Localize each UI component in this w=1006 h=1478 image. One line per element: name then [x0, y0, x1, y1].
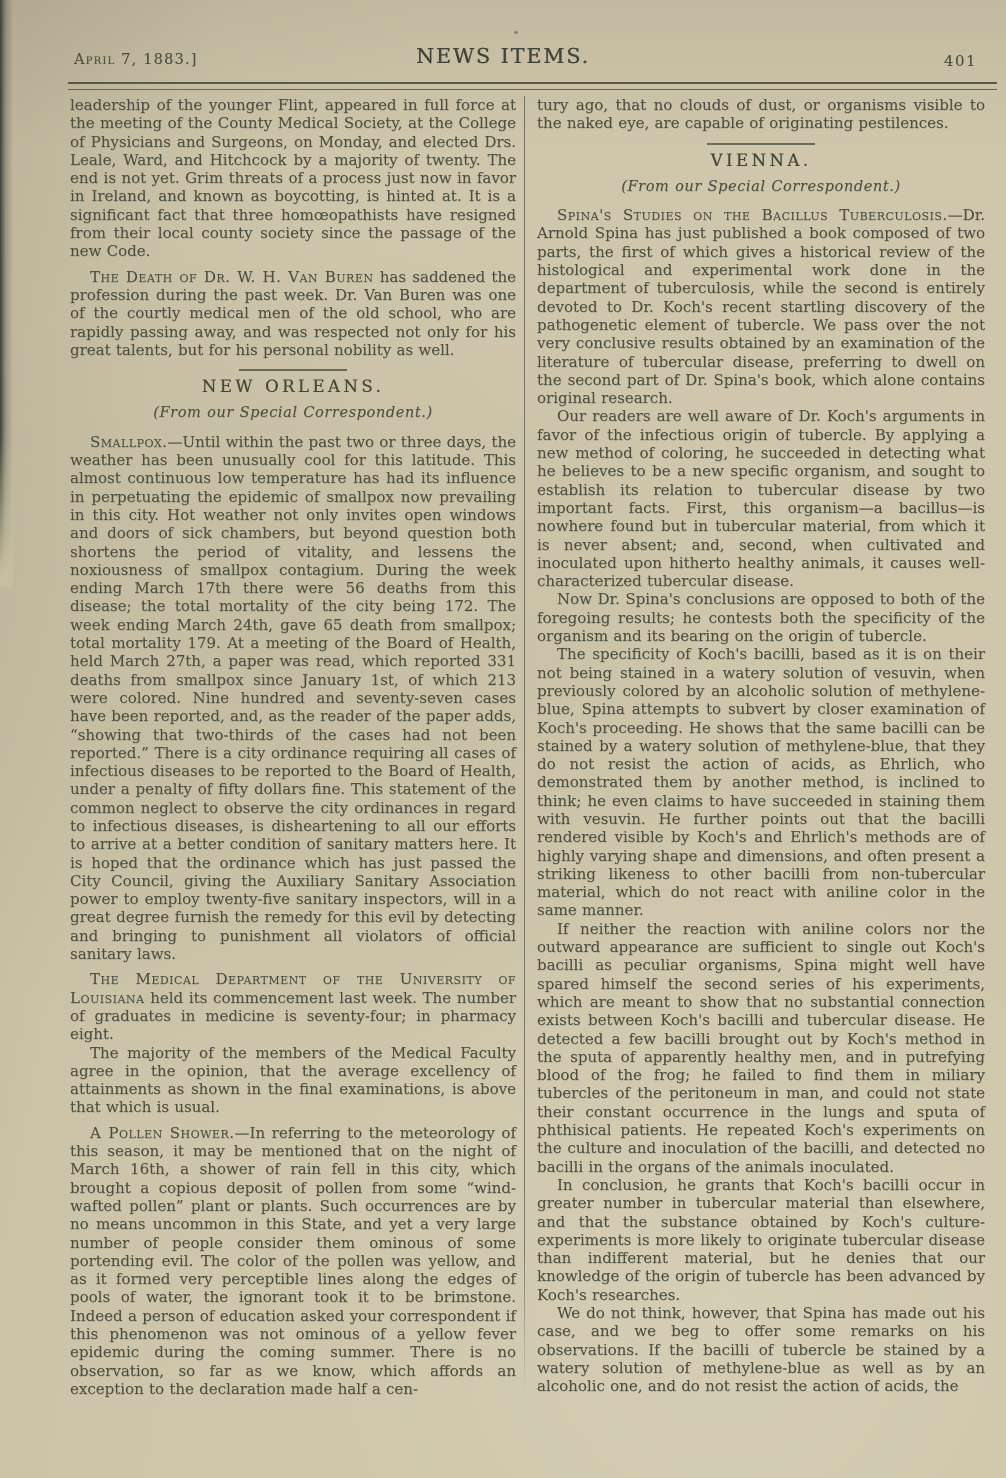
specificity-paragraph: The specificity of Koch's bacilli, based… [537, 645, 985, 919]
continued-article-paragraph: leadership of the younger Flint, appeare… [70, 96, 516, 261]
experiments-paragraph: If neither the reaction with aniline col… [537, 920, 985, 1176]
vienna-heading: VIENNA. [537, 152, 985, 170]
right-column: tury ago, that no clouds of dust, or org… [537, 96, 985, 1395]
left-column: leadership of the younger Flint, appeare… [70, 96, 516, 1398]
page-title: NEWS ITEMS. [0, 44, 1006, 68]
masthead-double-rule [68, 82, 997, 90]
pollen-shower-text: —In referring to the meteorology of this… [70, 1124, 516, 1398]
pollen-shower-lead: A Pollen Shower. [90, 1124, 235, 1142]
page-number: 401 [944, 52, 977, 70]
editorial-remarks-paragraph: We do not think, however, that Spina has… [537, 1304, 985, 1395]
smallpox-lead: Smallpox. [90, 433, 167, 451]
new-orleans-byline: (From our Special Correspondent.) [70, 404, 516, 422]
van-buren-obituary-paragraph: The Death of Dr. W. H. Van Buren has sad… [70, 268, 516, 359]
new-orleans-heading: NEW ORLEANS. [70, 378, 516, 396]
pollen-shower-paragraph: A Pollen Shower.—In referring to the met… [70, 1124, 516, 1398]
medical-department-paragraph: The Medical Department of the University… [70, 970, 516, 1043]
koch-arguments-paragraph: Our readers are well aware of Dr. Koch's… [537, 407, 985, 590]
smallpox-text: —Until within the past two or three days… [70, 433, 516, 963]
scan-gutter-shadow [0, 0, 13, 585]
continued-article-paragraph-right: tury ago, that no clouds of dust, or org… [537, 96, 985, 133]
section-divider-rule [239, 369, 347, 371]
column-divider-rule [524, 96, 525, 1398]
spina-conclusions-paragraph: Now Dr. Spina's conclusions are opposed … [537, 590, 985, 645]
journal-page-scan: April 7, 1883.] NEWS ITEMS. 401 leadersh… [0, 0, 1006, 1478]
section-divider-rule [707, 143, 815, 145]
ink-speck [514, 31, 518, 34]
faculty-paragraph: The majority of the members of the Medic… [70, 1044, 516, 1117]
van-buren-lead: The Death of Dr. W. H. Van Buren [90, 268, 374, 286]
vienna-byline: (From our Special Correspondent.) [537, 178, 985, 196]
spina-studies-paragraph: Spina's Studies on the Bacillus Tubercul… [537, 206, 985, 407]
spina-studies-text: —Dr. Arnold Spina has just published a b… [537, 206, 985, 407]
spina-studies-lead: Spina's Studies on the Bacillus Tubercul… [557, 206, 948, 224]
smallpox-paragraph: Smallpox.—Until within the past two or t… [70, 433, 516, 964]
conclusion-paragraph: In conclusion, he grants that Koch's bac… [537, 1176, 985, 1304]
